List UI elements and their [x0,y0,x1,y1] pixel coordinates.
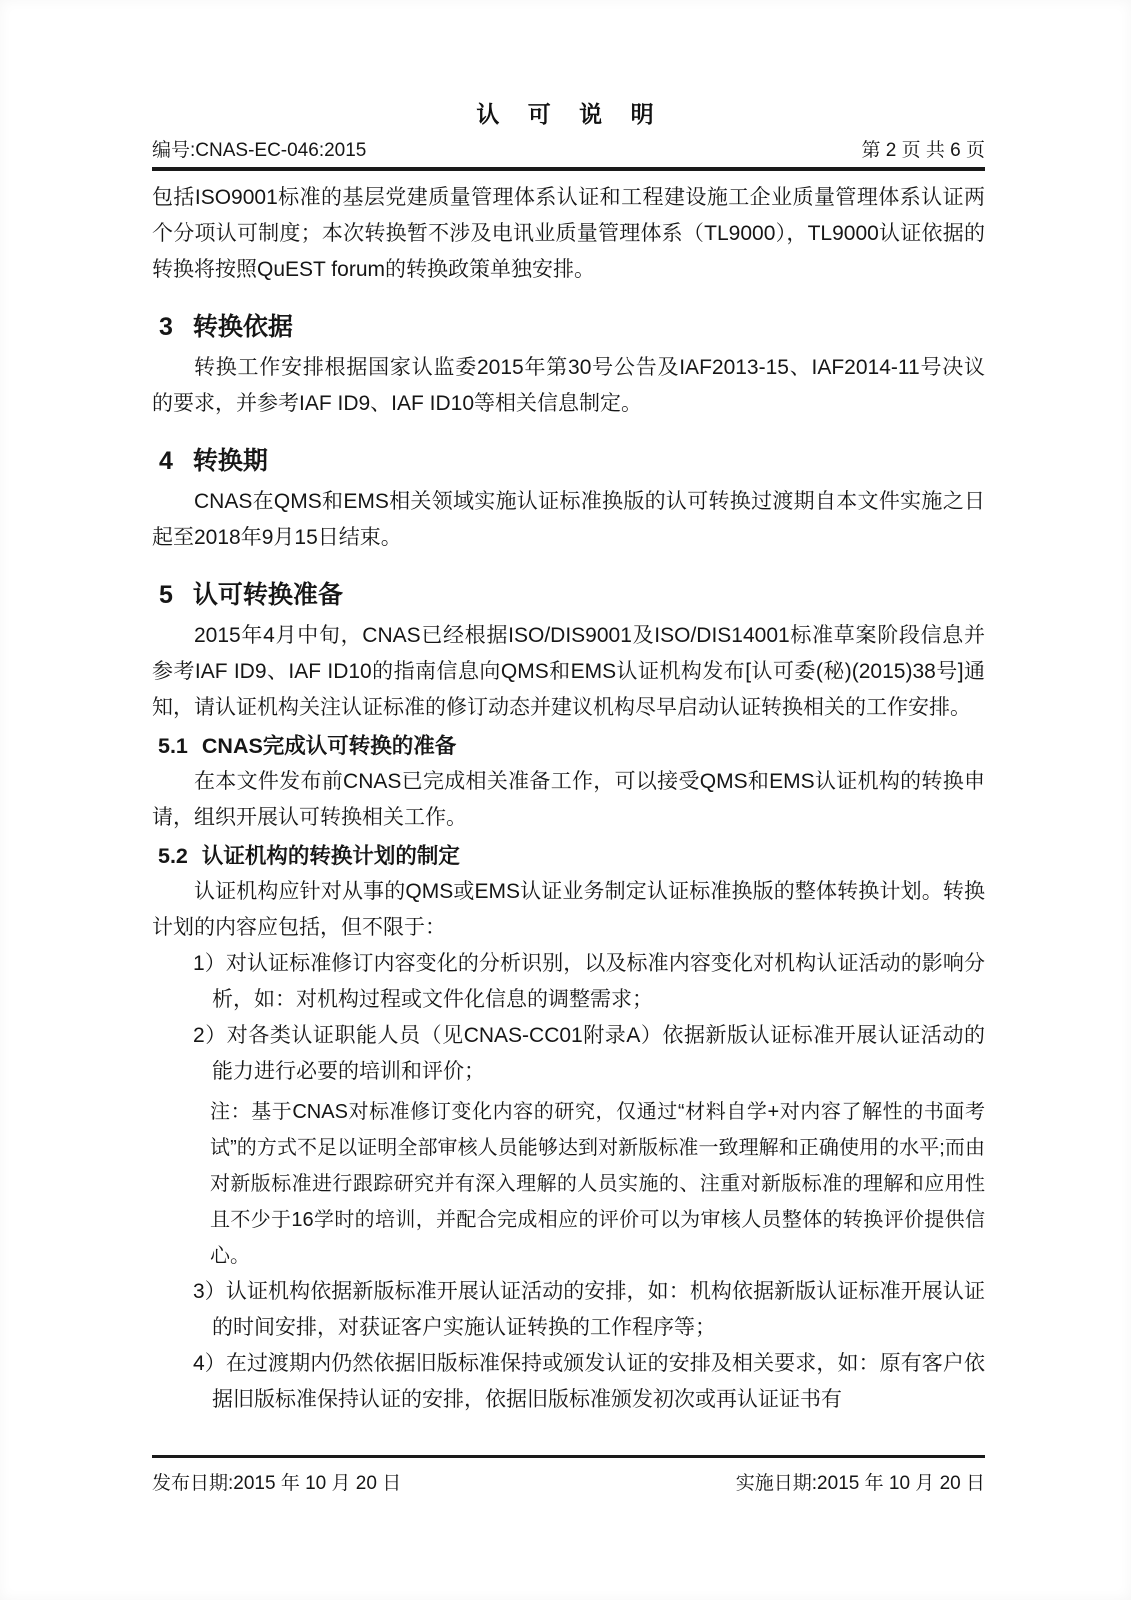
list-item-1: 1）对认证标准修订内容变化的分析识别，以及标准内容变化对机构认证活动的影响分析，… [152,946,985,1018]
subsection-title: 认证机构的转换计划的制定 [202,844,460,868]
page-content: 认 可 说 明 编号:CNAS-EC-046:2015 第 2 页 共 6 页 … [152,100,985,1418]
subsection-number: 5.1 [158,734,188,758]
page-title: 认 可 说 明 [152,100,985,128]
subsection-heading-5-1: 5.1CNAS完成认可转换的准备 [158,728,985,764]
page-indicator: 第 2 页 共 6 页 [861,135,985,162]
release-date: 发布日期:2015 年 10 月 20 日 [152,1468,401,1495]
list-item-text: 认证机构依据新版标准开展认证活动的安排，如：机构依据新版认证标准开展认证的时间安… [212,1280,985,1339]
section-number: 5 [159,581,173,609]
list-item-4: 4）在过渡期内仍然依据旧版标准保持或颁发认证的安排及相关要求，如：原有客户依据旧… [152,1346,985,1418]
document-footer: 发布日期:2015 年 10 月 20 日 实施日期:2015 年 10 月 2… [152,1455,985,1495]
list-item-text: 对认证标准修订内容变化的分析识别，以及标准内容变化对机构认证活动的影响分析，如：… [212,952,985,1011]
list-marker: 1） [193,952,226,975]
list-marker: 4） [193,1352,226,1375]
subsection-number: 5.2 [158,844,188,868]
paragraph-section-4: CNAS在QMS和EMS相关领域实施认证标准换版的认可转换过渡期自本文件实施之日… [152,484,985,556]
subsection-heading-5-2: 5.2认证机构的转换计划的制定 [158,838,985,874]
implementation-date: 实施日期:2015 年 10 月 20 日 [736,1468,985,1495]
paragraph-subsection-5-2: 认证机构应针对从事的QMS或EMS认证业务制定认证标准换版的整体转换计划。转换计… [152,874,985,946]
list-marker: 3） [193,1280,226,1303]
list-item-3: 3）认证机构依据新版标准开展认证活动的安排，如：机构依据新版认证标准开展认证的时… [152,1274,985,1346]
subsection-title: CNAS完成认可转换的准备 [202,734,456,758]
note-paragraph: 注：基于CNAS对标准修订变化内容的研究，仅通过“材料自学+对内容了解性的书面考… [210,1094,985,1274]
document-body: 包括ISO9001标准的基层党建质量管理体系认证和工程建设施工企业质量管理体系认… [152,180,985,1418]
section-heading-5: 5认可转换准备 [159,578,985,612]
section-title: 认可转换准备 [193,581,343,609]
paragraph-subsection-5-1: 在本文件发布前CNAS已完成相关准备工作，可以接受QMS和EMS认证机构的转换申… [152,764,985,836]
list-item-text: 在过渡期内仍然依据旧版标准保持或颁发认证的安排及相关要求，如：原有客户依据旧版标… [212,1352,985,1411]
section-title: 转换期 [193,447,268,475]
paragraph-section-3: 转换工作安排根据国家认监委2015年第30号公告及IAF2013-15、IAF2… [152,350,985,422]
paragraph-intro: 包括ISO9001标准的基层党建质量管理体系认证和工程建设施工企业质量管理体系认… [152,180,985,288]
section-number: 3 [159,313,173,341]
section-number: 4 [159,447,173,475]
list-item-text: 对各类认证职能人员（见CNAS-CC01附录A）依据新版认证标准开展认证活动的能… [212,1024,985,1083]
list-marker: 2） [193,1024,227,1047]
section-title: 转换依据 [193,313,293,341]
list-item-2: 2）对各类认证职能人员（见CNAS-CC01附录A）依据新版认证标准开展认证活动… [152,1018,985,1090]
paragraph-section-5: 2015年4月中旬，CNAS已经根据ISO/DIS9001及ISO/DIS140… [152,618,985,726]
section-heading-3: 3转换依据 [159,310,985,344]
document-page: 认 可 说 明 编号:CNAS-EC-046:2015 第 2 页 共 6 页 … [0,0,1131,1600]
document-header: 编号:CNAS-EC-046:2015 第 2 页 共 6 页 [152,135,985,171]
section-heading-4: 4转换期 [159,444,985,478]
doc-number: 编号:CNAS-EC-046:2015 [152,135,366,162]
